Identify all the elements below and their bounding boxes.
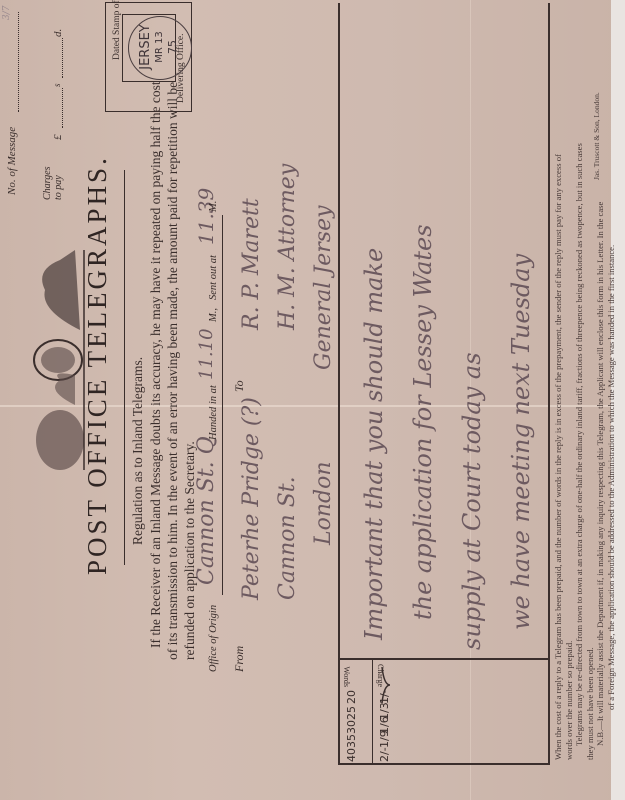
pence-symbol: d.	[52, 29, 64, 37]
postmark-date: MR 13	[154, 16, 165, 78]
to-label: To	[232, 380, 247, 392]
from-label: From	[232, 646, 247, 672]
rate-words: 40	[345, 748, 358, 762]
regulation-line: If the Receiver of an Inland Message dou…	[147, 81, 164, 660]
page-title: POST OFFICE TELEGRAPHS.	[82, 155, 113, 575]
postmark-town: JERSEY	[138, 16, 153, 78]
regulation-line: of its transmission to him. In the event…	[164, 81, 181, 660]
handed-in-value: 11.10	[196, 328, 217, 380]
message-bottom-rule	[548, 3, 550, 765]
from-line: Peterhe Pridge (?)	[234, 397, 270, 600]
footer-note: Telegrams may be re-directed from town t…	[574, 143, 585, 760]
to-line: H. M. Attorney	[270, 164, 306, 370]
charges-label: Charges to pay	[42, 166, 64, 200]
rate-words: 25	[345, 706, 358, 720]
postmark-year: 75	[166, 16, 179, 78]
from-line: London	[306, 397, 342, 600]
royal-coat-of-arms-icon	[20, 240, 90, 480]
regulation-heading: Regulation as to Inland Telegrams.	[130, 357, 146, 545]
footer-note: When the cost of a reply to a Telegram h…	[553, 143, 564, 760]
rate-col-divider	[372, 660, 373, 765]
no-of-message-label: No. of Message	[6, 127, 18, 195]
charges-label-line2: to pay	[53, 166, 64, 200]
message-top-rule	[338, 3, 340, 765]
title-rule	[124, 170, 125, 565]
shillings-symbol: s	[52, 83, 62, 87]
corner-pencil-mark: 3/7	[2, 6, 12, 20]
from-address: Peterhe Pridge (?) Cannon St. London	[234, 397, 342, 600]
printer-imprint: Jas. Truscott & Son, London.	[592, 92, 601, 180]
rate-words: 35	[345, 734, 358, 748]
message-body: Important that you should make the appli…	[350, 224, 546, 650]
sent-out-label: Sent out at	[208, 255, 219, 300]
no-of-message-field	[18, 12, 19, 112]
regulation-text: If the Receiver of an Inland Message dou…	[147, 81, 198, 660]
message-line: supply at Court today as	[448, 224, 497, 650]
stamp-top-label: Dated Stamp of	[112, 0, 122, 60]
footer-note: of a Foreign Message, the application sh…	[606, 143, 617, 760]
from-line: Cannon St.	[270, 397, 306, 600]
rate-header-words: Words	[342, 666, 351, 687]
to-address: R. P. Marett H. M. Attorney General Jers…	[234, 164, 342, 370]
charges-label-line1: Charges	[42, 166, 53, 200]
footer-note: they must not have been opened.	[585, 143, 596, 760]
brace-icon	[380, 665, 400, 705]
pounds-field	[62, 88, 63, 128]
telegram-form: No. of Message Charges to pay £ s d. Dat…	[0, 0, 611, 800]
sent-out-suffix: M.	[208, 201, 219, 212]
to-line: R. P. Marett	[234, 164, 270, 370]
handed-in-suffix: M.,	[208, 308, 219, 322]
origin-row-rule	[222, 215, 223, 595]
shillings-field	[62, 38, 63, 78]
message-line: Important that you should make	[350, 224, 399, 650]
message-line: the application for Lessey Wates	[399, 224, 448, 650]
footer-note: words over the number so prepaid.	[564, 143, 575, 760]
sent-out-value: 11.39	[194, 188, 218, 245]
footer-note: N.B.—It will materially assist the Depar…	[595, 143, 606, 760]
office-of-origin-label: Office of Origin	[208, 605, 219, 672]
rate-words: 20	[345, 690, 358, 704]
office-of-origin-value: Cannon St. Q	[194, 436, 219, 585]
rate-words: 30	[345, 720, 358, 734]
handed-in-label: Handed in at	[208, 385, 219, 440]
to-line: General Jersey	[306, 164, 342, 370]
message-left-rule	[338, 764, 550, 766]
rate-charge: 1/9	[378, 730, 391, 748]
message-line: we have meeting next Tuesday	[497, 224, 546, 650]
rate-table-divider	[338, 659, 550, 661]
rate-charge: 2/-	[378, 747, 391, 762]
footer-notes: When the cost of a reply to a Telegram h…	[553, 143, 616, 760]
pounds-symbol: £	[52, 135, 64, 141]
